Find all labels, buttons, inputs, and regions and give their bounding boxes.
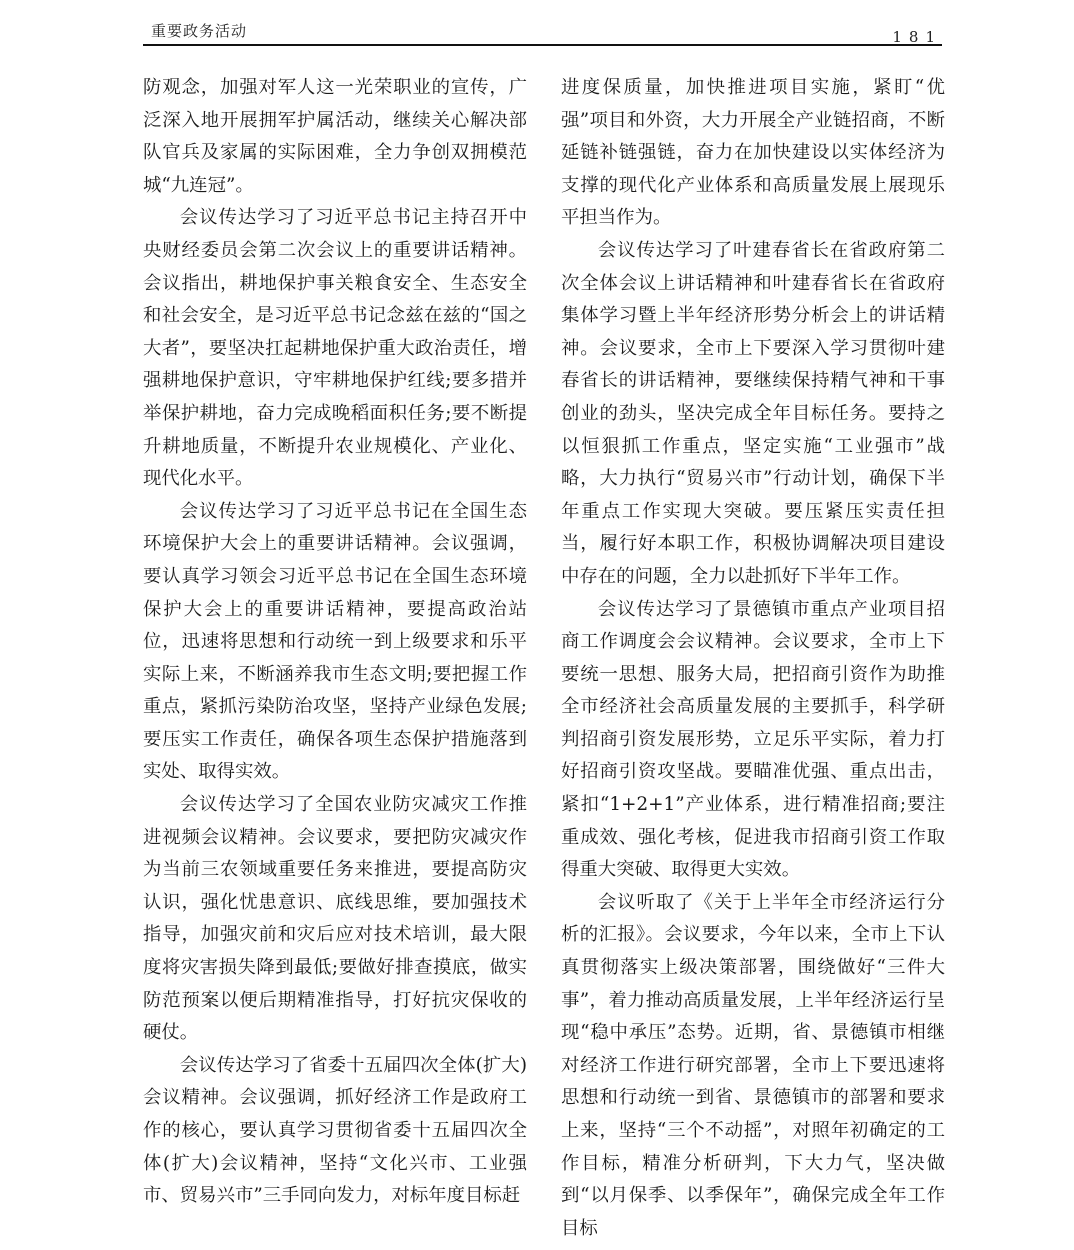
paragraph: 会议传达学习了习近平总书记在全国生态环境保护大会上的重要讲话精神。会议强调，要认… xyxy=(143,496,527,789)
running-header: 重要政务活动 181 xyxy=(143,18,942,46)
paragraph: 会议传达学习了景德镇市重点产业项目招商工作调度会会议精神。会议要求，全市上下要统… xyxy=(561,594,945,887)
paragraph: 会议听取了《关于上半年全市经济运行分析的汇报》。会议要求，今年以来，全市上下认真… xyxy=(561,887,945,1246)
left-column: 防观念，加强对军人这一光荣职业的宣传，广泛深入地开展拥军护属活动，继续关心解决部… xyxy=(143,72,527,1213)
paragraph: 会议传达学习了叶建春省长在省政府第二次全体会议上讲话精神和叶建春省长在省政府集体… xyxy=(561,235,945,594)
header-rule xyxy=(143,44,942,46)
paragraph: 进度保质量，加快推进项目实施，紧盯“优强”项目和外资，大力开展全产业链招商，不断… xyxy=(561,72,945,235)
paragraph: 会议传达学习了全国农业防灾减灾工作推进视频会议精神。会议要求，要把防灾减灾作为当… xyxy=(143,789,527,1050)
paragraph: 防观念，加强对军人这一光荣职业的宣传，广泛深入地开展拥军护属活动，继续关心解决部… xyxy=(143,72,527,202)
section-title: 重要政务活动 xyxy=(151,20,247,41)
paragraph: 会议传达学习了习近平总书记主持召开中央财经委员会第二次会议上的重要讲话精神。会议… xyxy=(143,202,527,495)
paragraph: 会议传达学习了省委十五届四次全体(扩大)会议精神。会议强调，抓好经济工作是政府工… xyxy=(143,1050,527,1213)
right-column: 进度保质量，加快推进项目实施，紧盯“优强”项目和外资，大力开展全产业链招商，不断… xyxy=(561,72,945,1245)
